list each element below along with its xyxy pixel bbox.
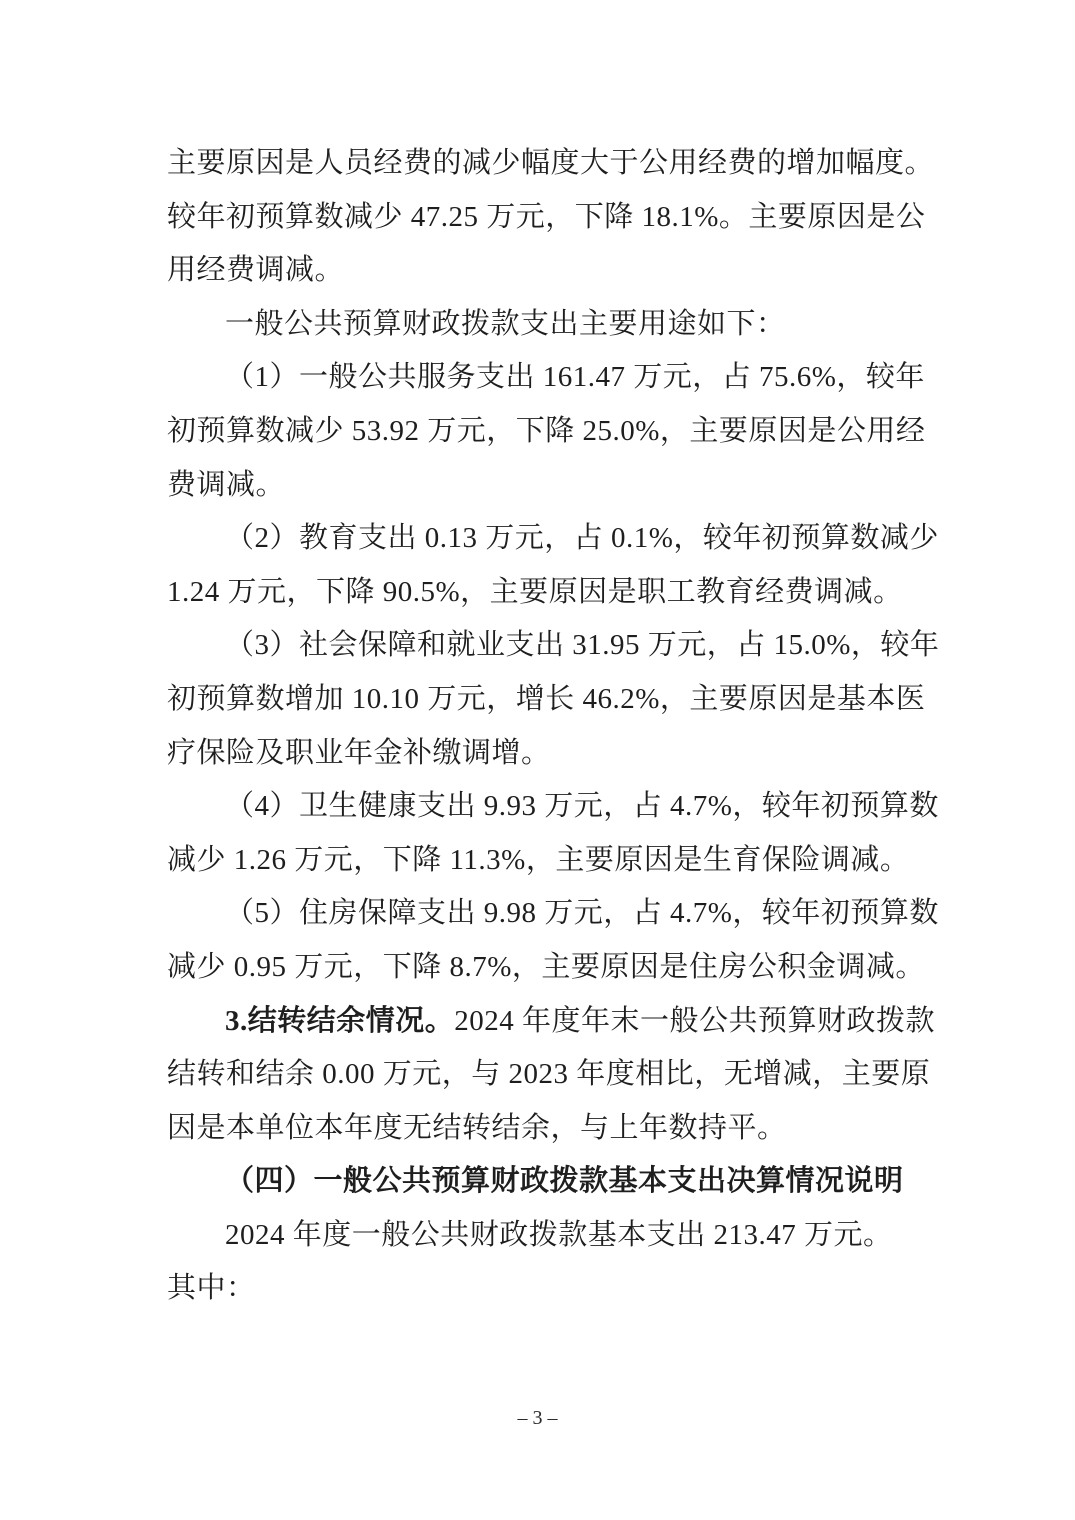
text-segment: 2024 年度一般公共财政拨款基本支出 213.47 万元。: [225, 1219, 893, 1251]
page-footer: – 3 –: [0, 1403, 1075, 1433]
text-line: 结转和结余 0.00 万元，与 2023 年度相比，无增减，主要原: [167, 1048, 919, 1102]
text-segment: 其中：: [167, 1272, 256, 1304]
text-line: 减少 0.95 万元，下降 8.7%，主要原因是住房公积金调减。: [167, 941, 919, 995]
text-line: 初预算数增加 10.10 万元，增长 46.2%，主要原因是基本医: [167, 673, 919, 727]
page-number: – 3 –: [518, 1407, 558, 1429]
text-line: 一般公共预算财政拨款支出主要用途如下：: [167, 298, 919, 352]
text-segment: （4）卫生健康支出 9.93 万元，占 4.7%，较年初预算数: [225, 790, 939, 822]
text-segment: 2024 年度年末一般公共预算财政拨款: [454, 1005, 935, 1037]
text-line: 因是本单位本年度无结转结余，与上年数持平。: [167, 1102, 919, 1156]
text-segment: 因是本单位本年度无结转结余，与上年数持平。: [167, 1112, 787, 1144]
document-page: 主要原因是人员经费的减少幅度大于公用经费的增加幅度。较年初预算数减少 47.25…: [0, 0, 1075, 1520]
text-line: （2）教育支出 0.13 万元，占 0.1%，较年初预算数减少: [167, 512, 919, 566]
text-line: 其中：: [167, 1262, 919, 1316]
text-line: 初预算数减少 53.92 万元，下降 25.0%，主要原因是公用经: [167, 405, 919, 459]
text-segment: 疗保险及职业年金补缴调增。: [167, 737, 551, 769]
text-line: 费调减。: [167, 459, 919, 513]
text-segment: （2）教育支出 0.13 万元，占 0.1%，较年初预算数减少: [225, 522, 939, 554]
text-line: 较年初预算数减少 47.25 万元，下降 18.1%。主要原因是公: [167, 191, 919, 245]
text-line: 用经费调减。: [167, 244, 919, 298]
text-segment: 一般公共预算财政拨款支出主要用途如下：: [225, 308, 786, 340]
text-segment: 减少 0.95 万元，下降 8.7%，主要原因是住房公积金调减。: [167, 951, 925, 983]
text-segment: （3）社会保障和就业支出 31.95 万元，占 15.0%，较年: [225, 629, 939, 661]
text-segment: （5）住房保障支出 9.98 万元，占 4.7%，较年初预算数: [225, 897, 939, 929]
text-line: 减少 1.26 万元，下降 11.3%，主要原因是生育保险调减。: [167, 834, 919, 888]
bold-text-segment: （四）一般公共预算财政拨款基本支出决算情况说明: [225, 1165, 904, 1197]
text-segment: （1）一般公共服务支出 161.47 万元，占 75.6%，较年: [225, 361, 925, 393]
text-line: 3.结转结余情况。2024 年度年末一般公共预算财政拨款: [167, 995, 919, 1049]
text-segment: 初预算数增加 10.10 万元，增长 46.2%，主要原因是基本医: [167, 683, 925, 715]
text-line: 1.24 万元，下降 90.5%，主要原因是职工教育经费调减。: [167, 566, 919, 620]
text-segment: 结转和结余 0.00 万元，与 2023 年度相比，无增减，主要原: [167, 1058, 930, 1090]
text-segment: 较年初预算数减少 47.25 万元，下降 18.1%。主要原因是公: [167, 201, 925, 233]
bold-text-segment: 3.结转结余情况。: [225, 1005, 454, 1037]
text-segment: 主要原因是人员经费的减少幅度大于公用经费的增加幅度。: [167, 147, 934, 179]
text-line: 疗保险及职业年金补缴调增。: [167, 727, 919, 781]
text-segment: 减少 1.26 万元，下降 11.3%，主要原因是生育保险调减。: [167, 844, 909, 876]
text-line: （4）卫生健康支出 9.93 万元，占 4.7%，较年初预算数: [167, 780, 919, 834]
text-segment: 用经费调减。: [167, 254, 344, 286]
text-segment: 费调减。: [167, 469, 285, 501]
document-body: 主要原因是人员经费的减少幅度大于公用经费的增加幅度。较年初预算数减少 47.25…: [167, 137, 919, 1316]
text-line: （5）住房保障支出 9.98 万元，占 4.7%，较年初预算数: [167, 887, 919, 941]
text-line: （3）社会保障和就业支出 31.95 万元，占 15.0%，较年: [167, 619, 919, 673]
text-line: 2024 年度一般公共财政拨款基本支出 213.47 万元。: [167, 1209, 919, 1263]
text-segment: 1.24 万元，下降 90.5%，主要原因是职工教育经费调减。: [167, 576, 903, 608]
text-line: （四）一般公共预算财政拨款基本支出决算情况说明: [167, 1155, 919, 1209]
text-segment: 初预算数减少 53.92 万元，下降 25.0%，主要原因是公用经: [167, 415, 925, 447]
text-line: 主要原因是人员经费的减少幅度大于公用经费的增加幅度。: [167, 137, 919, 191]
text-line: （1）一般公共服务支出 161.47 万元，占 75.6%，较年: [167, 351, 919, 405]
